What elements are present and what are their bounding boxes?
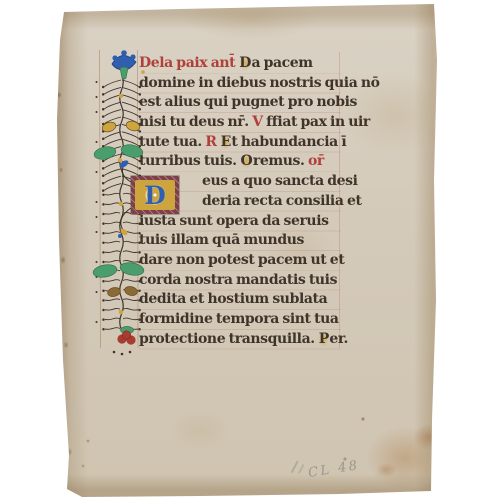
- cornflower-icon: [112, 50, 136, 79]
- body-text: corda nostra mandatis tuis: [139, 272, 337, 288]
- body-text: tuis illam quā mundus: [139, 232, 304, 248]
- manuscript-text-line: iusta sunt opera da seruis: [139, 212, 341, 232]
- initial-ground: D: [135, 180, 175, 210]
- penwork-sprays: [95, 74, 141, 355]
- body-text: D: [239, 55, 252, 71]
- manuscript-leaf: Dela paix ant̄ Da pacemdomine in diebus …: [0, 0, 500, 500]
- initial-letter: D: [144, 183, 166, 208]
- body-text: formidine tempora sint tua: [139, 311, 339, 327]
- body-text: a pacem: [251, 55, 312, 71]
- manuscript-text-line: tuis illam quā mundus: [139, 231, 341, 251]
- ruling-line-left: [100, 50, 101, 348]
- body-text: t habundancia ī: [231, 134, 346, 150]
- body-text: P: [318, 331, 329, 347]
- body-text: eus a quo sancta desi: [202, 173, 358, 189]
- body-text: er.: [329, 331, 348, 347]
- body-text: iusta sunt opera da seruis: [139, 213, 329, 229]
- body-text: turribus tuis.: [139, 153, 240, 169]
- manuscript-text-line: dedita et hostium sublata: [139, 290, 341, 310]
- manuscript-text-line: Dela paix ant̄ Da pacem: [139, 54, 341, 74]
- manuscript-text-line: domine in diebus nostris quia nō: [139, 74, 341, 94]
- manuscript-text-line: corda nostra mandatis tuis: [139, 271, 341, 291]
- rubric-text: Dela paix ant̄: [139, 55, 239, 71]
- manuscript-text-line: dare non potest pacem ut et: [139, 251, 341, 271]
- body-text: domine in diebus nostris quia nō: [139, 75, 380, 91]
- body-text: remus.: [253, 153, 308, 169]
- body-text: protectione transquilla.: [139, 331, 318, 347]
- manuscript-text-line: formidine tempora sint tua: [139, 310, 341, 330]
- body-text: deria recta consilia et: [202, 193, 362, 209]
- manuscript-text-line: tute tua. R Et habundancia ī: [139, 133, 341, 153]
- rubric-text: R: [205, 134, 220, 150]
- body-text: nisi tu deus nr̄.: [139, 114, 252, 130]
- manuscript-text-line: turribus tuis. Oremus. or̄: [139, 152, 341, 172]
- rubric-text: or̄: [308, 153, 324, 169]
- body-text: tute tua.: [139, 134, 205, 150]
- rubric-text: V: [252, 114, 266, 130]
- manuscript-text-line: nisi tu deus nr̄. V ffiat pax in uir: [139, 113, 341, 133]
- manuscript-text-line: protectione transquilla. Per.: [139, 330, 341, 350]
- body-text: dedita et hostium sublata: [139, 291, 327, 307]
- body-text: O: [240, 153, 253, 169]
- body-text: dare non potest pacem ut et: [139, 252, 344, 268]
- body-text: E: [220, 134, 231, 150]
- photo-background: Dela paix ant̄ Da pacemdomine in diebus …: [0, 0, 500, 500]
- body-text: ffiat pax in uir: [266, 114, 370, 130]
- red-berry-icon: [117, 326, 135, 344]
- decorated-initial: D: [131, 176, 179, 214]
- manuscript-text-line: est alius qui pugnet pro nobis: [139, 93, 341, 113]
- body-text: est alius qui pugnet pro nobis: [139, 94, 357, 110]
